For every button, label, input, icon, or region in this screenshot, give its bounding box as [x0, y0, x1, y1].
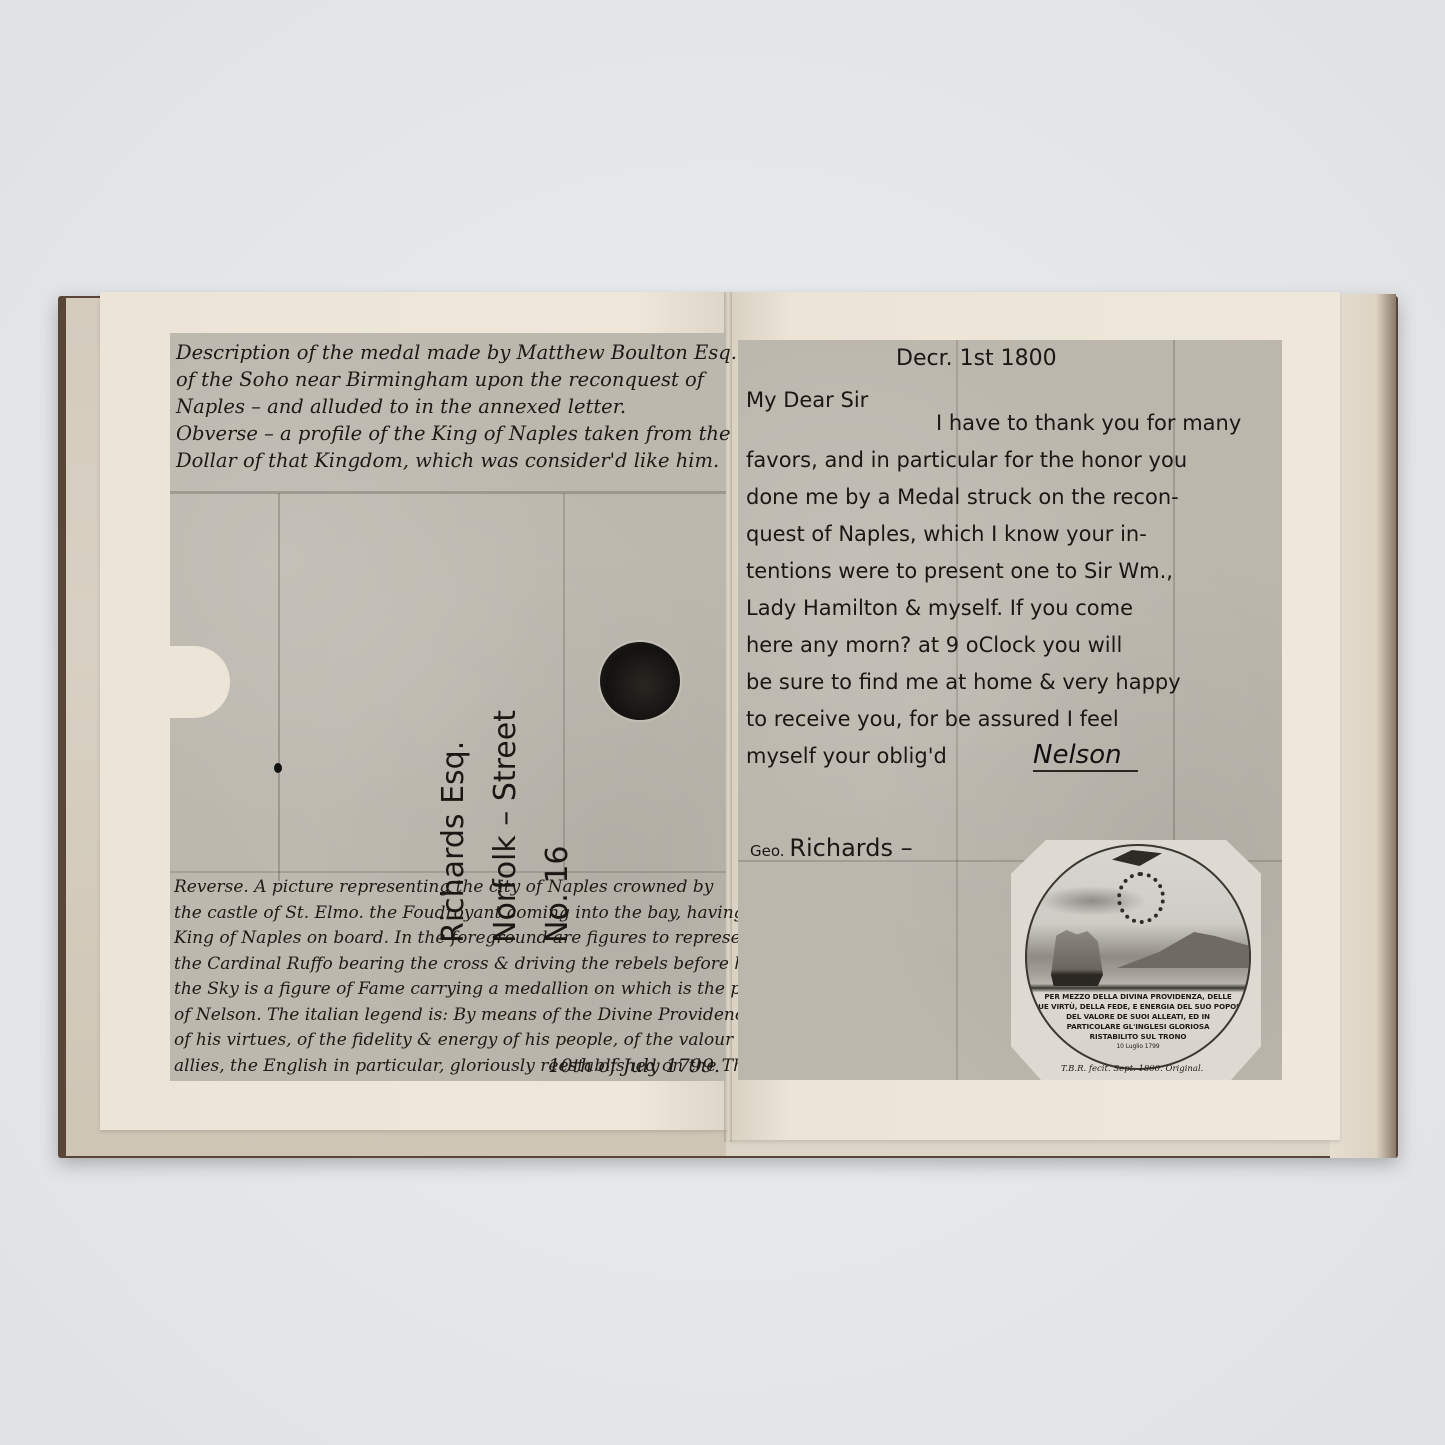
addressee-prefix: Geo. [750, 842, 789, 860]
left-facsimile-sheet: Description of the medal made by Matthew… [170, 333, 726, 1081]
reverse-line: of Nelson. The italian legend is: By mea… [174, 1003, 722, 1029]
legend-line: RISTABILITO SUL TRONO [1033, 1032, 1243, 1042]
letter-line: quest of Naples, which I know your in- [746, 516, 1278, 553]
letter-line: to receive you, for be assured I feel [746, 701, 1278, 738]
ship-foudroyant-illustration [1051, 930, 1103, 986]
reverse-line: King of Naples on board. In the foregrou… [174, 926, 722, 952]
reverse-line: the castle of St. Elmo. the Foudroyant c… [174, 901, 722, 927]
reverse-line: of his virtues, of the fidelity & energy… [174, 1028, 722, 1054]
description-line: Naples – and alluded to in the annexed l… [176, 393, 720, 420]
fame-figure-illustration [1112, 850, 1162, 866]
description-line: Description of the medal made by Matthew… [176, 339, 720, 366]
legend-line: DEL VALORE DE SUOI ALLEATI, ED IN [1033, 1012, 1243, 1022]
reverse-date: 10th of July 1799. [548, 1055, 720, 1077]
description-line: of the Soho near Birmingham upon the rec… [176, 366, 720, 393]
naples-hill-illustration [1117, 928, 1251, 968]
medal-legend: PER MEZZO DELLA DIVINA PROVIDENZA, DELLE… [1033, 992, 1243, 1052]
right-facsimile-sheet: Decr. 1st 1800 My Dear Sir I have to tha… [738, 340, 1282, 1080]
legend-line: SUE VIRTÙ, DELLA FEDE, E ENERGIA DEL SUO… [1033, 1002, 1243, 1012]
letter-line: be sure to find me at home & very happy [746, 664, 1278, 701]
legend-line: PARTICOLARE GL'INGLESI GLORIOSA [1033, 1022, 1243, 1032]
letter-date: Decr. 1st 1800 [896, 346, 1057, 371]
fold-line [278, 493, 280, 881]
addressee-name: Richards – [789, 834, 912, 862]
legend-line: PER MEZZO DELLA DIVINA PROVIDENZA, DELLE [1033, 992, 1243, 1002]
description-line: Obverse – a profile of the King of Naple… [176, 420, 720, 447]
wax-seal [600, 642, 680, 720]
reverse-line: the Cardinal Ruffo bearing the cross & d… [174, 952, 722, 978]
medal-description: Description of the medal made by Matthew… [176, 339, 720, 474]
wreath-medallion-icon [1117, 872, 1165, 924]
medal-engraving: PER MEZZO DELLA DIVINA PROVIDENZA, DELLE… [1025, 844, 1251, 1070]
reverse-line: Reverse. A picture representing the city… [174, 875, 722, 901]
reverse-line: the Sky is a figure of Fame carrying a m… [174, 977, 722, 1003]
medal-print: PER MEZZO DELLA DIVINA PROVIDENZA, DELLE… [1011, 840, 1261, 1080]
legend-line: 10 Luglio 1799 [1033, 1042, 1243, 1052]
ink-blot [274, 763, 282, 773]
letter-line: myself your oblig'd [746, 738, 1278, 775]
letter-line: favors, and in particular for the honor … [746, 442, 1278, 479]
nelson-signature: Nelson [1033, 740, 1138, 772]
fold-line [170, 491, 726, 494]
letter-line: done me by a Medal struck on the recon- [746, 479, 1278, 516]
letter-addressee: Geo. Richards – [750, 834, 913, 862]
letter-line: here any morn? at 9 oClock you will [746, 627, 1278, 664]
medal-credit: T.B.R. fecit. Sept. 1800. Original. [1061, 1064, 1203, 1074]
description-line: Dollar of that Kingdom, which was consid… [176, 447, 720, 474]
torn-notch [168, 646, 230, 718]
letter-body: My Dear Sir I have to thank you for many… [746, 382, 1278, 775]
letter-line: tentions were to present one to Sir Wm., [746, 553, 1278, 590]
reverse-description: Reverse. A picture representing the city… [174, 875, 722, 1079]
letter-line: Lady Hamilton & myself. If you come [746, 590, 1278, 627]
